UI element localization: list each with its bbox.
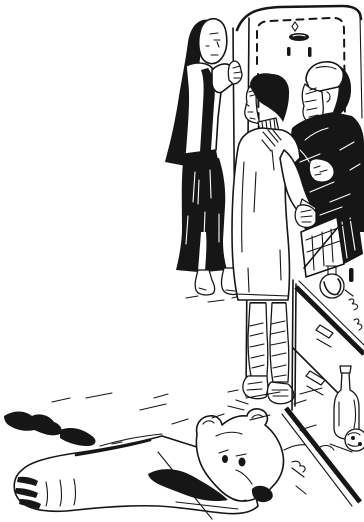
dresser-left-edge <box>292 280 296 410</box>
woman-right-shoe <box>267 382 293 404</box>
door-bolt-left <box>287 47 291 56</box>
rug-edge-blob-mid <box>60 428 95 446</box>
illustration-svg <box>0 0 364 522</box>
ball <box>345 429 364 451</box>
door-latch <box>289 33 309 41</box>
door-top-edge <box>237 6 361 30</box>
rug-edge-blob-left <box>4 412 62 436</box>
drawer-handle-upper <box>316 325 333 338</box>
door-hinge-lower <box>349 268 354 282</box>
dresser-top-squiggles <box>345 290 362 330</box>
drawer-handle-shadows <box>307 339 331 395</box>
ball-spot-2 <box>358 442 362 446</box>
woman-left-leg <box>248 303 268 376</box>
bottle-cork <box>340 366 351 373</box>
bear-eye-right <box>239 458 246 467</box>
man-face <box>199 19 227 64</box>
bear-eye-left <box>222 455 228 463</box>
man-left-foot <box>195 270 214 295</box>
illustration <box>0 0 364 522</box>
ball-spot-1 <box>351 436 355 440</box>
bear-rug <box>4 409 334 519</box>
paw-claws <box>15 477 41 509</box>
drawer-handle-lower <box>306 371 325 385</box>
keyhole-icon <box>292 22 298 31</box>
door-bolt-right <box>308 47 312 57</box>
